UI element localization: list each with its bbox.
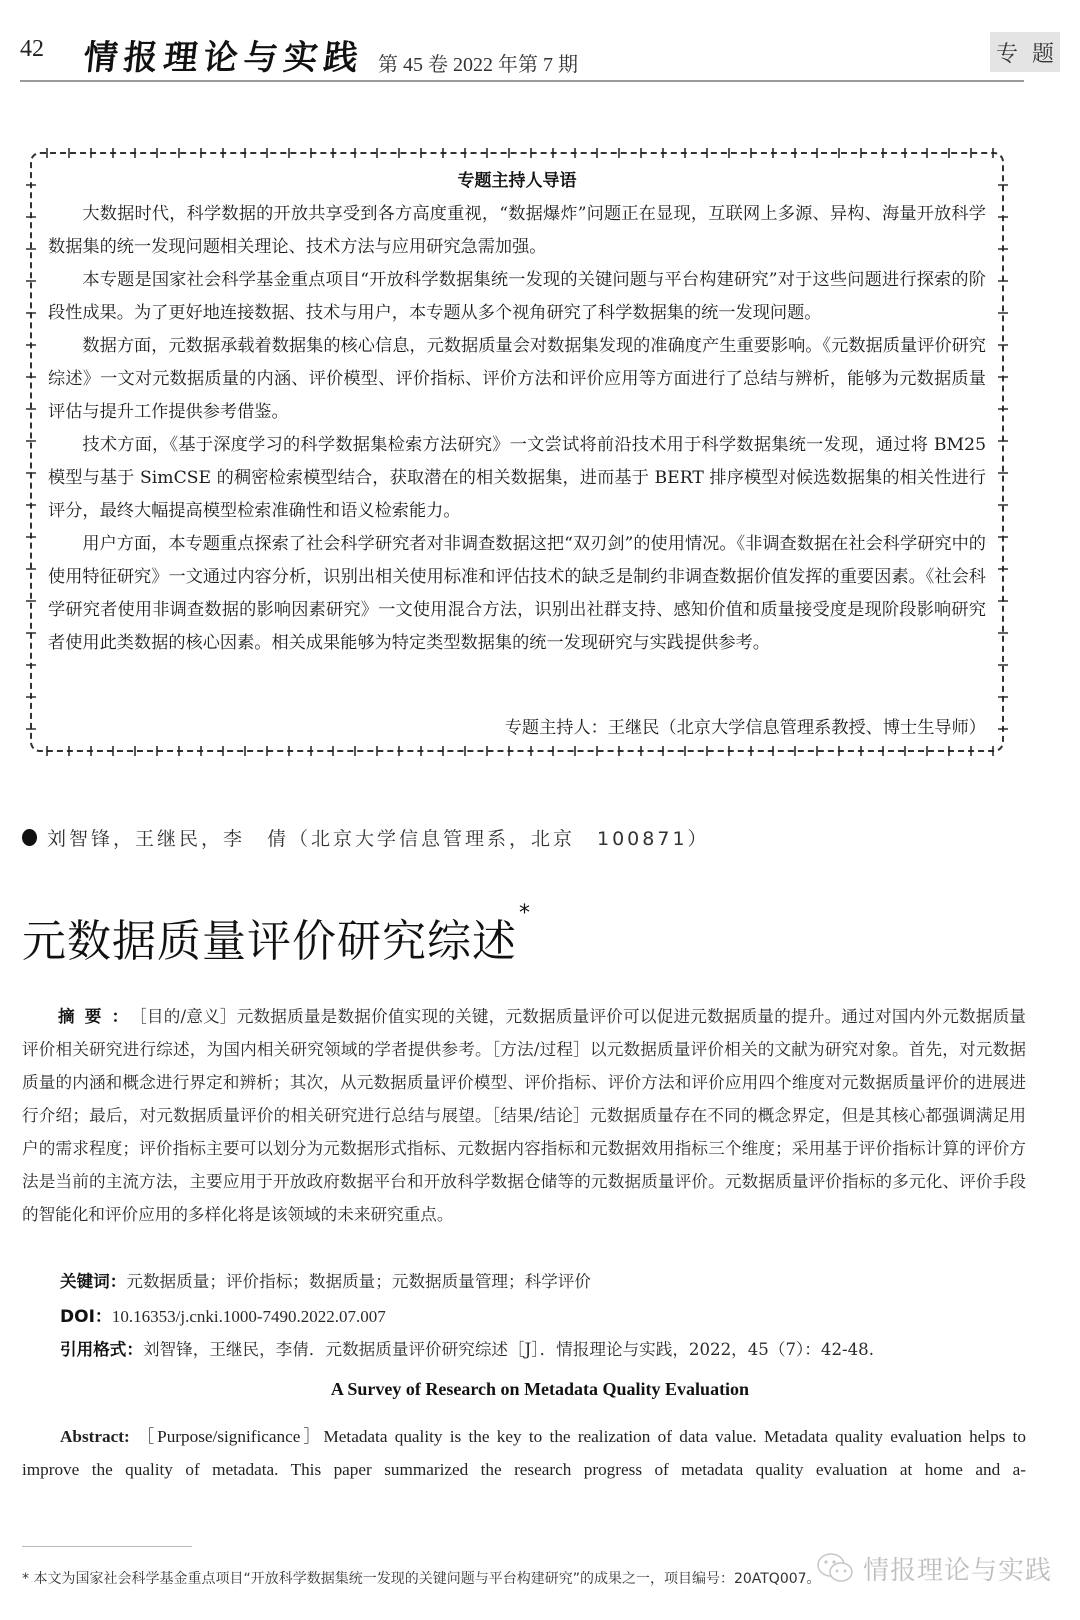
keywords-text: 元数据质量；评价指标；数据质量；元数据质量管理；科学评价	[126, 1272, 591, 1291]
intro-host-signature: 专题主持人：王继民（北京大学信息管理系教授、博士生导师）	[505, 713, 986, 738]
english-abstract-label: Abstract:	[60, 1427, 130, 1446]
bullet-icon	[22, 829, 37, 846]
section-tag: 专 题	[990, 32, 1060, 72]
article-title-text: 元数据质量评价研究综述	[22, 916, 517, 967]
author-line: 刘智锋，王继民，李 倩（北京大学信息管理系，北京 100871）	[22, 824, 710, 851]
dashed-border-right	[998, 164, 1008, 740]
english-title: A Survey of Research on Metadata Quality…	[0, 1379, 1080, 1400]
funding-footnote: * 本文为国家社会科学基金重点项目“开放科学数据集统一发现的关键问题与平台构建研…	[22, 1568, 821, 1588]
article-title: 元数据质量评价研究综述*	[22, 905, 531, 969]
citation-text: 刘智锋，王继民，李倩．元数据质量评价研究综述［J］．情报理论与实践，2022，4…	[143, 1340, 874, 1359]
journal-title: 情报理论与实践	[81, 30, 366, 79]
citation-line: 引用格式：刘智锋，王继民，李倩．元数据质量评价研究综述［J］．情报理论与实践，2…	[60, 1336, 874, 1360]
intro-paragraph: 数据方面，元数据承载着数据集的核心信息，元数据质量会对数据集发现的准确度产生重要…	[48, 330, 986, 429]
doi-label: DOI：	[60, 1307, 112, 1327]
intro-body: 大数据时代，科学数据的开放共享受到各方高度重视，“数据爆炸”问题正在显现，互联网…	[48, 198, 986, 660]
dashed-border-left	[26, 164, 36, 740]
wechat-icon	[815, 1551, 857, 1587]
authors-text: 刘智锋，王继民，李 倩（北京大学信息管理系，北京 100871）	[47, 824, 710, 851]
header-divider	[20, 80, 1024, 82]
footnote-divider	[22, 1546, 192, 1547]
english-abstract-text: ［Purpose/significance］Metadata quality i…	[22, 1427, 1026, 1479]
page-number: 42	[20, 36, 44, 63]
wechat-watermark: 情报理论与实践	[815, 1550, 1052, 1587]
intro-heading: 专题主持人导语	[32, 166, 1002, 191]
issue-info: 第 45 卷 2022 年第 7 期	[378, 48, 578, 77]
doi-value: 10.16353/j.cnki.1000-7490.2022.07.007	[112, 1307, 386, 1326]
title-footnote-mark: *	[519, 901, 531, 926]
host-introduction-box: 专题主持人导语 大数据时代，科学数据的开放共享受到各方高度重视，“数据爆炸”问题…	[30, 152, 1004, 752]
chinese-abstract: 摘要：［目的/意义］元数据质量是数据价值实现的关键，元数据质量评价可以促进元数据…	[22, 1000, 1026, 1231]
section-tag-char: 题	[1032, 37, 1054, 68]
doi-line: DOI：10.16353/j.cnki.1000-7490.2022.07.00…	[60, 1302, 386, 1327]
english-abstract: Abstract: ［Purpose/significance］Metadata…	[22, 1420, 1026, 1486]
keywords-label: 关键词：	[60, 1272, 126, 1291]
intro-paragraph: 大数据时代，科学数据的开放共享受到各方高度重视，“数据爆炸”问题正在显现，互联网…	[48, 198, 986, 264]
citation-label: 引用格式：	[60, 1340, 143, 1359]
intro-paragraph: 本专题是国家社会科学基金重点项目“开放科学数据集统一发现的关键问题与平台构建研究…	[48, 264, 986, 330]
page-header: 42 情报理论与实践 第 45 卷 2022 年第 7 期 专 题	[20, 28, 1060, 84]
intro-paragraph: 用户方面，本专题重点探索了社会科学研究者对非调查数据这把“双刃剑”的使用情况。《…	[48, 528, 986, 660]
abstract-text: ［目的/意义］元数据质量是数据价值实现的关键，元数据质量评价可以促进元数据质量的…	[22, 1007, 1026, 1224]
keywords-line: 关键词：元数据质量；评价指标；数据质量；元数据质量管理；科学评价	[60, 1268, 591, 1292]
section-tag-char: 专	[996, 37, 1018, 68]
intro-paragraph: 技术方面，《基于深度学习的科学数据集检索方法研究》一文尝试将前沿技术用于科学数据…	[48, 429, 986, 528]
watermark-text: 情报理论与实践	[863, 1550, 1052, 1587]
abstract-label: 摘要：	[58, 1007, 138, 1026]
